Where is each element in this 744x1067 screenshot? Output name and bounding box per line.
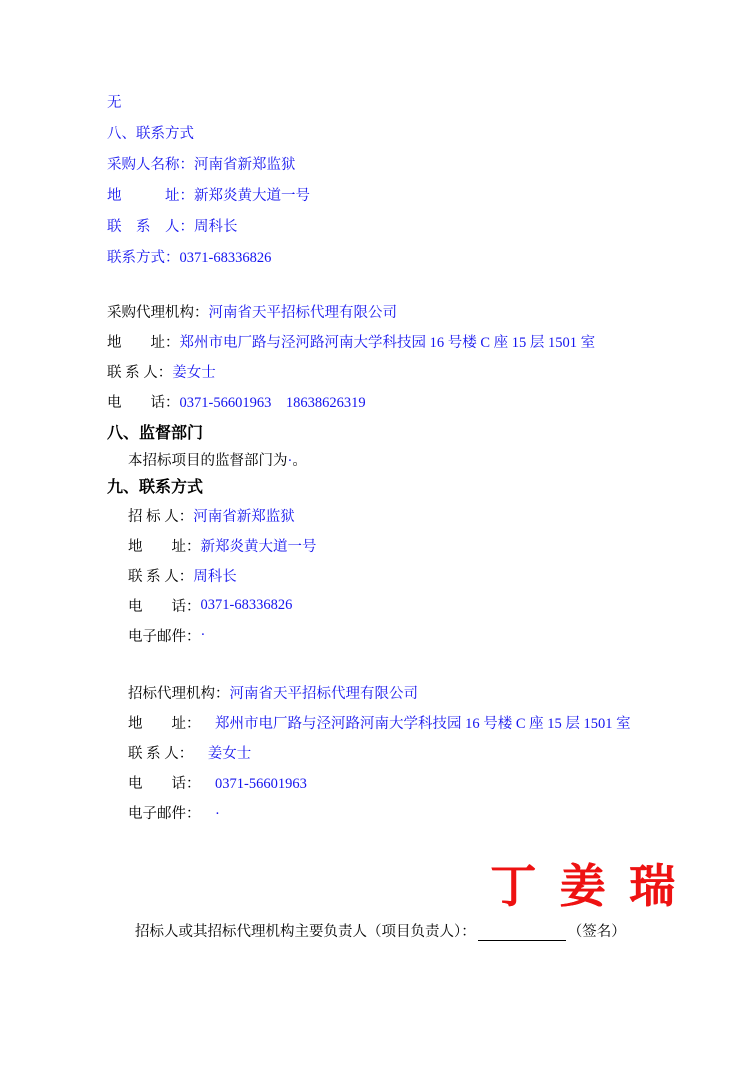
contact-line: 联 系 人：周科长: [128, 560, 317, 590]
field-label: 地 址：: [128, 712, 201, 733]
supervision-paragraph: 本招标项目的监督部门为·。: [128, 449, 307, 470]
text-line: 无: [107, 86, 310, 117]
field-value: 郑州市电厂路与泾河路河南大学科技园 16 号楼 C 座 15 层 1501 室: [180, 331, 596, 352]
text-content: 采购人名称：河南省新郑监狱: [107, 153, 296, 174]
contact-line: 电 话： 0371-56601963: [128, 767, 631, 797]
purchaser-contact-section: 无八、联系方式采购人名称：河南省新郑监狱地 址：新郑炎黄大道一号联 系 人：周科…: [107, 86, 310, 272]
field-label: 地 址：: [128, 535, 201, 556]
paragraph-segment: 。: [292, 453, 307, 469]
contact-line: 电 话：0371-56601963 18638626319: [107, 386, 595, 416]
field-value: 姜女士: [172, 361, 216, 382]
field-label: 采购代理机构：: [107, 301, 209, 322]
paragraph-segment: 本招标项目的监督部门为: [128, 453, 288, 469]
supervision-department-heading: 八、监督部门: [107, 420, 203, 443]
field-label: 电 话：: [107, 391, 180, 412]
contact-line: 地 址：郑州市电厂路与泾河路河南大学科技园 16 号楼 C 座 15 层 150…: [107, 326, 595, 356]
contact-line: 联 系 人： 姜女士: [128, 737, 631, 767]
text-line: 八、联系方式: [107, 117, 310, 148]
tender-agency-section: 招标代理机构：河南省天平招标代理有限公司地 址： 郑州市电厂路与泾河路河南大学科…: [128, 677, 631, 827]
text-line: 地 址：新郑炎黄大道一号: [107, 179, 310, 210]
contact-line: 采购代理机构：河南省天平招标代理有限公司: [107, 296, 595, 326]
text-content: 地 址：新郑炎黄大道一号: [107, 184, 310, 205]
field-value: 新郑炎黄大道一号: [201, 535, 317, 556]
field-label: 电子邮件：: [128, 802, 201, 823]
text-line: 联 系 人：周科长: [107, 210, 310, 241]
contact-line: 电子邮件：·: [128, 620, 317, 650]
text-content: 八、联系方式: [107, 122, 194, 143]
field-value: 0371-68336826: [201, 597, 293, 614]
field-label: 招 标 人：: [128, 505, 193, 526]
text-line: 采购人名称：河南省新郑监狱: [107, 148, 310, 179]
field-label: 联 系 人：: [128, 565, 193, 586]
tenderer-contact-section: 招 标 人：河南省新郑监狱地 址：新郑炎黄大道一号联 系 人：周科长电 话：03…: [128, 500, 317, 650]
document-page: 无八、联系方式采购人名称：河南省新郑监狱地 址：新郑炎黄大道一号联 系 人：周科…: [0, 0, 744, 1067]
contact-line: 地 址：新郑炎黄大道一号: [128, 530, 317, 560]
field-label: 联 系 人：: [107, 361, 172, 382]
signature-footer-label: 招标人或其招标代理机构主要负责人（项目负责人）：: [135, 920, 476, 941]
field-value: 姜女士: [193, 742, 251, 763]
field-value: 周科长: [193, 565, 237, 586]
field-label: 联 系 人：: [128, 742, 193, 763]
contact-section-heading: 九、联系方式: [107, 474, 203, 497]
field-value: 郑州市电厂路与泾河路河南大学科技园 16 号楼 C 座 15 层 1501 室: [201, 712, 631, 733]
field-label: 电子邮件：: [128, 625, 201, 646]
contact-line: 联 系 人：姜女士: [107, 356, 595, 386]
contact-line: 地 址： 郑州市电厂路与泾河路河南大学科技园 16 号楼 C 座 15 层 15…: [128, 707, 631, 737]
field-label: 招标代理机构：: [128, 682, 230, 703]
contact-line: 招标代理机构：河南省天平招标代理有限公司: [128, 677, 631, 707]
text-content: 无: [107, 91, 122, 112]
text-content: 联 系 人：周科长: [107, 215, 238, 236]
field-value: 河南省天平招标代理有限公司: [209, 301, 398, 322]
field-value: 河南省天平招标代理有限公司: [230, 682, 419, 703]
field-label: 电 话：: [128, 772, 201, 793]
contact-line: 招 标 人：河南省新郑监狱: [128, 500, 317, 530]
contact-line: 电 话：0371-68336826: [128, 590, 317, 620]
signature-footer-suffix: （签名）: [568, 920, 626, 941]
red-signature-stamp: 丁 姜 瑞: [490, 850, 681, 916]
field-value: ·: [201, 627, 206, 644]
field-value: 0371-56601963: [201, 772, 307, 793]
field-value: ·: [201, 802, 220, 823]
field-value: 河南省新郑监狱: [193, 505, 295, 526]
text-content: 联系方式：0371-68336826: [107, 246, 271, 267]
field-label: 电 话：: [128, 595, 201, 616]
procurement-agency-section: 采购代理机构：河南省天平招标代理有限公司地 址：郑州市电厂路与泾河路河南大学科技…: [107, 296, 595, 416]
signature-footer-line: 招标人或其招标代理机构主要负责人（项目负责人）：（签名）: [135, 920, 626, 941]
signature-blank-line: [478, 925, 566, 941]
contact-line: 电子邮件： ·: [128, 797, 631, 827]
field-label: 地 址：: [107, 331, 180, 352]
field-value: 0371-56601963 18638626319: [180, 391, 366, 412]
text-line: 联系方式：0371-68336826: [107, 241, 310, 272]
